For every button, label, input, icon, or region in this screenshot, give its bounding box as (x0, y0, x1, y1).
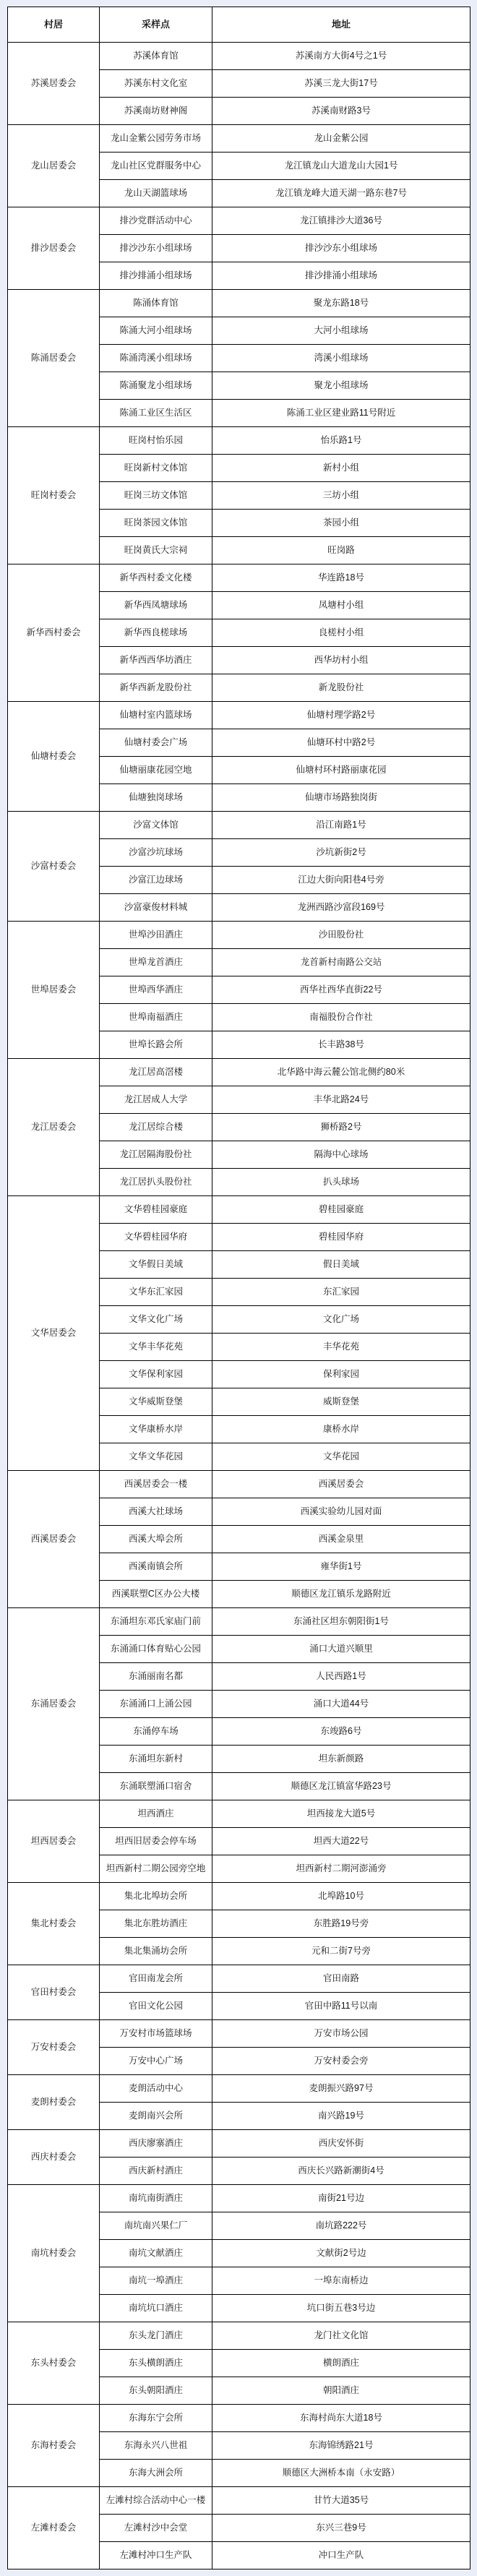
address-cell: 仙塘环村中路2号 (212, 729, 470, 757)
sampling-point-cell: 西溪大埠会所 (100, 1526, 212, 1553)
address-cell: 南街21号边 (212, 2185, 470, 2212)
village-cell: 东涌居委会 (8, 1608, 100, 1800)
header-address: 地址 (212, 7, 470, 43)
sampling-point-cell: 官田南龙会所 (100, 1965, 212, 1993)
address-cell: 西华坊村小组 (212, 647, 470, 674)
address-cell: 新村小组 (212, 455, 470, 482)
address-cell: 一埠东南桥边 (212, 2267, 470, 2295)
address-cell: 新龙股份社 (212, 674, 470, 702)
sampling-point-cell: 万安中心广场 (100, 2048, 212, 2075)
table-row: 龙山居委会龙山金紫公园劳务市场龙山金紫公园 (8, 125, 470, 153)
address-cell: 龙洲西路沙富段169号 (212, 894, 470, 922)
address-cell: 西溪居委会 (212, 1471, 470, 1498)
address-cell: 西溪金泉里 (212, 1526, 470, 1553)
sampling-point-cell: 左滩村综合活动中心一楼 (100, 2487, 212, 2515)
address-cell: 顺德区龙江镇乐龙路附近 (212, 1581, 470, 1608)
table-row: 世埠居委会世埠沙田酒庄沙田股份社 (8, 922, 470, 949)
sampling-point-cell: 东涌停车场 (100, 1718, 212, 1746)
sampling-point-cell: 南坑坑口酒庄 (100, 2295, 212, 2322)
address-cell: 南福股份合作社 (212, 1004, 470, 1031)
sampling-point-cell: 苏溪东村文化室 (100, 70, 212, 98)
sampling-point-cell: 龙山金紫公园劳务市场 (100, 125, 212, 153)
sampling-point-cell: 排沙沙东小组球场 (100, 235, 212, 262)
table-row: 左滩村委会左滩村综合活动中心一楼甘竹大道35号 (8, 2487, 470, 2515)
address-cell: 苏溪南财路3号 (212, 98, 470, 125)
address-cell: 旺岗路 (212, 537, 470, 564)
sampling-point-cell: 文华康桥水岸 (100, 1416, 212, 1443)
sampling-point-cell: 坦西酒庄 (100, 1800, 212, 1828)
sampling-point-cell: 沙富江边球场 (100, 867, 212, 894)
sampling-point-cell: 东海永兴八世祖 (100, 2432, 212, 2460)
sampling-point-cell: 沙富豪俊材料城 (100, 894, 212, 922)
sampling-point-cell: 沙富文体馆 (100, 812, 212, 839)
table-row: 龙江居委会龙江居高滘楼北华路中海云麓公馆北侧约80米 (8, 1059, 470, 1086)
sampling-point-cell: 旺岗黄氏大宗祠 (100, 537, 212, 564)
address-cell: 三坊小组 (212, 482, 470, 510)
sampling-point-cell: 仙塘独岗球场 (100, 784, 212, 812)
sampling-point-cell: 万安村市场篮球场 (100, 2020, 212, 2048)
sampling-point-cell: 世埠长路会所 (100, 1031, 212, 1059)
sampling-point-cell: 世埠南福酒庄 (100, 1004, 212, 1031)
sampling-point-cell: 文华假日美域 (100, 1251, 212, 1279)
address-cell: 龙首新村南路公交站 (212, 949, 470, 976)
village-cell: 坦西居委会 (8, 1800, 100, 1883)
table-row: 东头村委会东头龙门酒庄龙门社文化馆 (8, 2322, 470, 2350)
sampling-point-cell: 麦朗南兴会所 (100, 2103, 212, 2130)
address-cell: 排沙排涌小组球场 (212, 262, 470, 290)
address-cell: 龙江镇龙山大道龙山大园1号 (212, 153, 470, 180)
address-cell: 朝阳酒庄 (212, 2377, 470, 2405)
sampling-point-cell: 陈涌工业区生活区 (100, 400, 212, 427)
address-cell: 文华花园 (212, 1443, 470, 1471)
address-cell: 聚龙小组球场 (212, 372, 470, 400)
address-cell: 坦西接龙大道5号 (212, 1800, 470, 1828)
sampling-point-cell: 坦西新村二期公园旁空地 (100, 1855, 212, 1883)
address-cell: 南坑路222号 (212, 2212, 470, 2240)
address-cell: 沙田股份社 (212, 922, 470, 949)
sampling-point-cell: 集北北埠坊会所 (100, 1883, 212, 1910)
village-cell: 新华西村委会 (8, 564, 100, 702)
address-cell: 文献街2号边 (212, 2240, 470, 2267)
address-cell: 甘竹大道35号 (212, 2487, 470, 2515)
table-row: 新华西村委会新华西村委文化楼华连路18号 (8, 564, 470, 592)
address-cell: 龙山金紫公园 (212, 125, 470, 153)
sampling-point-cell: 东海东宁会所 (100, 2405, 212, 2432)
address-cell: 东涌社区坦东朝阳街1号 (212, 1608, 470, 1636)
address-cell: 横朗酒庄 (212, 2350, 470, 2377)
sampling-point-cell: 南坑南街酒庄 (100, 2185, 212, 2212)
table-header-row: 村居 采样点 地址 (8, 7, 470, 43)
village-cell: 陈涌居委会 (8, 290, 100, 427)
village-cell: 苏溪居委会 (8, 43, 100, 125)
table-row: 陈涌居委会陈涌体育馆聚龙东路18号 (8, 290, 470, 317)
sampling-point-cell: 世埠西华酒庄 (100, 976, 212, 1004)
sampling-point-cell: 世埠沙田酒庄 (100, 922, 212, 949)
table-row: 坦西居委会坦西酒庄坦西接龙大道5号 (8, 1800, 470, 1828)
sampling-point-cell: 东头朝阳酒庄 (100, 2377, 212, 2405)
village-cell: 龙山居委会 (8, 125, 100, 207)
table-row: 苏溪居委会苏溪体育馆苏溪南方大街4号之1号 (8, 43, 470, 70)
sampling-point-cell: 陈涌湾溪小组球场 (100, 345, 212, 372)
table-row: 万安村委会万安村市场篮球场万安市场公园 (8, 2020, 470, 2048)
table-row: 旺岗村委会旺岗村怡乐园怡乐路1号 (8, 427, 470, 455)
address-cell: 江边大街向阳巷4号旁 (212, 867, 470, 894)
sampling-point-cell: 官田文化公园 (100, 1993, 212, 2020)
village-cell: 官田村委会 (8, 1965, 100, 2020)
sampling-point-cell: 苏溪体育馆 (100, 43, 212, 70)
address-cell: 顺德区大洲桥本南（永安路） (212, 2460, 470, 2487)
address-cell: 万安村委会旁 (212, 2048, 470, 2075)
sampling-point-cell: 旺岗村怡乐园 (100, 427, 212, 455)
sampling-point-cell: 麦朗活动中心 (100, 2075, 212, 2103)
sampling-point-cell: 东涌丽南名都 (100, 1663, 212, 1691)
address-cell: 万安市场公园 (212, 2020, 470, 2048)
address-cell: 元和二街7号旁 (212, 1938, 470, 1965)
sampling-point-cell: 南坑南兴果仁厂 (100, 2212, 212, 2240)
address-cell: 碧桂园华府 (212, 1224, 470, 1251)
village-cell: 麦朗村委会 (8, 2075, 100, 2130)
address-cell: 龙江镇龙峰大道天湖一路东巷7号 (212, 180, 470, 207)
table-row: 沙富村委会沙富文体馆沿江南路1号 (8, 812, 470, 839)
sampling-point-cell: 文华文化广场 (100, 1306, 212, 1334)
address-cell: 沙坑新街2号 (212, 839, 470, 867)
header-sampling-point: 采样点 (100, 7, 212, 43)
address-cell: 华连路18号 (212, 564, 470, 592)
sampling-point-cell: 旺岗三坊文体馆 (100, 482, 212, 510)
sampling-point-cell: 新华西凤塘球场 (100, 592, 212, 619)
address-cell: 北华路中海云麓公馆北侧约80米 (212, 1059, 470, 1086)
address-cell: 威斯登堡 (212, 1388, 470, 1416)
address-cell: 北埠路10号 (212, 1883, 470, 1910)
sampling-point-cell: 西溪居委会一楼 (100, 1471, 212, 1498)
address-cell: 丰华花苑 (212, 1334, 470, 1361)
address-cell: 假日美域 (212, 1251, 470, 1279)
address-cell: 苏溪南方大街4号之1号 (212, 43, 470, 70)
sampling-point-cell: 西溪南镇会所 (100, 1553, 212, 1581)
village-cell: 东头村委会 (8, 2322, 100, 2405)
address-cell: 沿江南路1号 (212, 812, 470, 839)
address-cell: 坦西大道22号 (212, 1828, 470, 1855)
address-cell: 苏溪三龙大街17号 (212, 70, 470, 98)
table-row: 东海村委会东海东宁会所东海村尚东大道18号 (8, 2405, 470, 2432)
village-cell: 西庆村委会 (8, 2130, 100, 2185)
address-cell: 湾溪小组球场 (212, 345, 470, 372)
address-cell: 龙江镇排沙大道36号 (212, 207, 470, 235)
village-cell: 文华居委会 (8, 1196, 100, 1471)
sampling-point-cell: 文华保利家园 (100, 1361, 212, 1388)
sampling-point-cell: 世埠龙首酒庄 (100, 949, 212, 976)
address-cell: 人民西路1号 (212, 1663, 470, 1691)
address-cell: 坦西新村二期河澎涌旁 (212, 1855, 470, 1883)
sampling-point-cell: 陈涌聚龙小组球场 (100, 372, 212, 400)
sampling-point-cell: 排沙党群活动中心 (100, 207, 212, 235)
sampling-point-cell: 东涌坦东邓氏家庙门前 (100, 1608, 212, 1636)
address-cell: 龙门社文化馆 (212, 2322, 470, 2350)
village-cell: 世埠居委会 (8, 922, 100, 1059)
sampling-point-cell: 旺岗新村文体馆 (100, 455, 212, 482)
sampling-point-cell: 龙山社区党群服务中心 (100, 153, 212, 180)
address-cell: 聚龙东路18号 (212, 290, 470, 317)
address-cell: 涌口大道兴顺里 (212, 1636, 470, 1663)
sampling-point-cell: 沙富沙坑球场 (100, 839, 212, 867)
sampling-point-cell: 龙江居综合楼 (100, 1114, 212, 1141)
sampling-point-cell: 陈涌体育馆 (100, 290, 212, 317)
address-cell: 陈涌工业区建业路11号附近 (212, 400, 470, 427)
village-cell: 排沙居委会 (8, 207, 100, 290)
sampling-point-cell: 陈涌大河小组球场 (100, 317, 212, 345)
sampling-point-cell: 新华西西华坊酒庄 (100, 647, 212, 674)
sampling-point-cell: 文华威斯登堡 (100, 1388, 212, 1416)
sampling-point-cell: 文华碧桂园豪庭 (100, 1196, 212, 1224)
address-cell: 隔海中心球场 (212, 1141, 470, 1169)
sampling-point-cell: 文华丰华花苑 (100, 1334, 212, 1361)
address-cell: 冲口生产队 (212, 2542, 470, 2569)
address-cell: 顺德区龙江镇富华路23号 (212, 1773, 470, 1800)
sampling-point-cell: 龙江居隔海股份社 (100, 1141, 212, 1169)
address-cell: 麦朗振兴路97号 (212, 2075, 470, 2103)
table-row: 西溪居委会西溪居委会一楼西溪居委会 (8, 1471, 470, 1498)
address-cell: 保利家园 (212, 1361, 470, 1388)
address-cell: 仙塘村理学路2号 (212, 702, 470, 729)
sampling-point-cell: 文华东汇家园 (100, 1279, 212, 1306)
sampling-point-cell: 西溪大社球场 (100, 1498, 212, 1526)
sampling-point-cell: 龙江居成人大学 (100, 1086, 212, 1114)
sampling-point-cell: 新华西良槎球场 (100, 619, 212, 647)
village-cell: 南坑村委会 (8, 2185, 100, 2322)
address-cell: 西华社西华直街22号 (212, 976, 470, 1004)
table-row: 东涌居委会东涌坦东邓氏家庙门前东涌社区坦东朝阳街1号 (8, 1608, 470, 1636)
sampling-point-cell: 东涌涌口上涌公园 (100, 1691, 212, 1718)
table-row: 排沙居委会排沙党群活动中心龙江镇排沙大道36号 (8, 207, 470, 235)
address-cell: 碧桂园豪庭 (212, 1196, 470, 1224)
sampling-point-cell: 新华西村委文化楼 (100, 564, 212, 592)
address-cell: 东海村尚东大道18号 (212, 2405, 470, 2432)
sampling-point-cell: 东涌涌口体育贴心公园 (100, 1636, 212, 1663)
address-cell: 雍华街1号 (212, 1553, 470, 1581)
village-cell: 西溪居委会 (8, 1471, 100, 1608)
village-cell: 集北村委会 (8, 1883, 100, 1965)
table-row: 官田村委会官田南龙会所官田南路 (8, 1965, 470, 1993)
sampling-point-cell: 仙塘丽康花园空地 (100, 757, 212, 784)
table-body: 苏溪居委会苏溪体育馆苏溪南方大街4号之1号苏溪东村文化室苏溪三龙大街17号苏溪南… (8, 43, 470, 2569)
address-cell: 仙塘市场路独岗街 (212, 784, 470, 812)
header-village: 村居 (8, 7, 100, 43)
sampling-point-cell: 西溪联塑C区办公大楼 (100, 1581, 212, 1608)
address-cell: 怡乐路1号 (212, 427, 470, 455)
sampling-point-cell: 排沙排涌小组球场 (100, 262, 212, 290)
address-cell: 丰华北路24号 (212, 1086, 470, 1114)
sampling-point-cell: 东涌联塑涌口宿舍 (100, 1773, 212, 1800)
address-cell: 狮桥路2号 (212, 1114, 470, 1141)
sampling-point-cell: 西庆新村酒庄 (100, 2158, 212, 2185)
address-cell: 东海锦绣路21号 (212, 2432, 470, 2460)
sampling-point-cell: 仙塘村室内篮球场 (100, 702, 212, 729)
sampling-point-cell: 南坑一埠酒庄 (100, 2267, 212, 2295)
address-cell: 扒头球场 (212, 1169, 470, 1196)
address-cell: 坑口街五巷3号边 (212, 2295, 470, 2322)
address-cell: 西溪实验幼儿园对面 (212, 1498, 470, 1526)
address-cell: 东竣路6号 (212, 1718, 470, 1746)
village-cell: 左滩村委会 (8, 2487, 100, 2569)
sampling-point-cell: 龙江居扒头股份社 (100, 1169, 212, 1196)
village-cell: 旺岗村委会 (8, 427, 100, 564)
sampling-point-cell: 集北东胜坊酒庄 (100, 1910, 212, 1938)
table-row: 集北村委会集北北埠坊会所北埠路10号 (8, 1883, 470, 1910)
sampling-point-cell: 左滩村沙中会堂 (100, 2515, 212, 2542)
address-cell: 文化广场 (212, 1306, 470, 1334)
sampling-point-cell: 龙江居高滘楼 (100, 1059, 212, 1086)
address-cell: 东兴三巷9号 (212, 2515, 470, 2542)
village-cell: 仙塘村委会 (8, 702, 100, 812)
address-cell: 官田中路11号以南 (212, 1993, 470, 2020)
address-cell: 涌口大道44号 (212, 1691, 470, 1718)
sampling-point-cell: 旺岗茶园文体馆 (100, 510, 212, 537)
sampling-point-cell: 南坑文献酒庄 (100, 2240, 212, 2267)
address-cell: 凤塘村小组 (212, 592, 470, 619)
table-row: 西庆村委会西庆廖寨酒庄西庆安怀街 (8, 2130, 470, 2158)
address-cell: 大河小组球场 (212, 317, 470, 345)
sampling-point-cell: 龙山天湖篮球场 (100, 180, 212, 207)
address-cell: 坦东新颜路 (212, 1746, 470, 1773)
village-cell: 东海村委会 (8, 2405, 100, 2487)
address-cell: 排沙沙东小组球场 (212, 235, 470, 262)
sampling-point-cell: 文华文华花园 (100, 1443, 212, 1471)
sampling-point-cell: 东头横朗酒庄 (100, 2350, 212, 2377)
sampling-point-cell: 仙塘村委会广场 (100, 729, 212, 757)
table-row: 文华居委会文华碧桂园豪庭碧桂园豪庭 (8, 1196, 470, 1224)
sampling-point-cell: 东涌坦东新村 (100, 1746, 212, 1773)
village-cell: 万安村委会 (8, 2020, 100, 2075)
table-row: 仙塘村委会仙塘村室内篮球场仙塘村理学路2号 (8, 702, 470, 729)
village-cell: 龙江居委会 (8, 1059, 100, 1196)
table-row: 南坑村委会南坑南街酒庄南街21号边 (8, 2185, 470, 2212)
sampling-sites-table: 村居 采样点 地址 苏溪居委会苏溪体育馆苏溪南方大街4号之1号苏溪东村文化室苏溪… (7, 7, 470, 2569)
sampling-point-cell: 西庆廖寨酒庄 (100, 2130, 212, 2158)
address-cell: 官田南路 (212, 1965, 470, 1993)
address-cell: 茶园小组 (212, 510, 470, 537)
address-cell: 康桥水岸 (212, 1416, 470, 1443)
village-cell: 沙富村委会 (8, 812, 100, 922)
address-cell: 长丰路38号 (212, 1031, 470, 1059)
address-cell: 东汇家园 (212, 1279, 470, 1306)
sampling-point-cell: 文华碧桂园华府 (100, 1224, 212, 1251)
address-cell: 南兴路19号 (212, 2103, 470, 2130)
sampling-point-cell: 东海大洲会所 (100, 2460, 212, 2487)
sampling-point-cell: 左滩村冲口生产队 (100, 2542, 212, 2569)
address-cell: 西庆安怀街 (212, 2130, 470, 2158)
sampling-point-cell: 东头龙门酒庄 (100, 2322, 212, 2350)
address-cell: 良槎村小组 (212, 619, 470, 647)
sampling-point-cell: 坦西旧居委会停车场 (100, 1828, 212, 1855)
sampling-point-cell: 新华西新龙股份社 (100, 674, 212, 702)
address-cell: 西庆长兴路新潮街4号 (212, 2158, 470, 2185)
table-row: 麦朗村委会麦朗活动中心麦朗振兴路97号 (8, 2075, 470, 2103)
address-cell: 仙塘村环村路丽康花园 (212, 757, 470, 784)
sampling-point-cell: 集北集涌坊会所 (100, 1938, 212, 1965)
sampling-point-cell: 苏溪南坊财神阁 (100, 98, 212, 125)
sampling-sites-table-container: 村居 采样点 地址 苏溪居委会苏溪体育馆苏溪南方大街4号之1号苏溪东村文化室苏溪… (0, 0, 477, 2576)
address-cell: 东胜路19号旁 (212, 1910, 470, 1938)
